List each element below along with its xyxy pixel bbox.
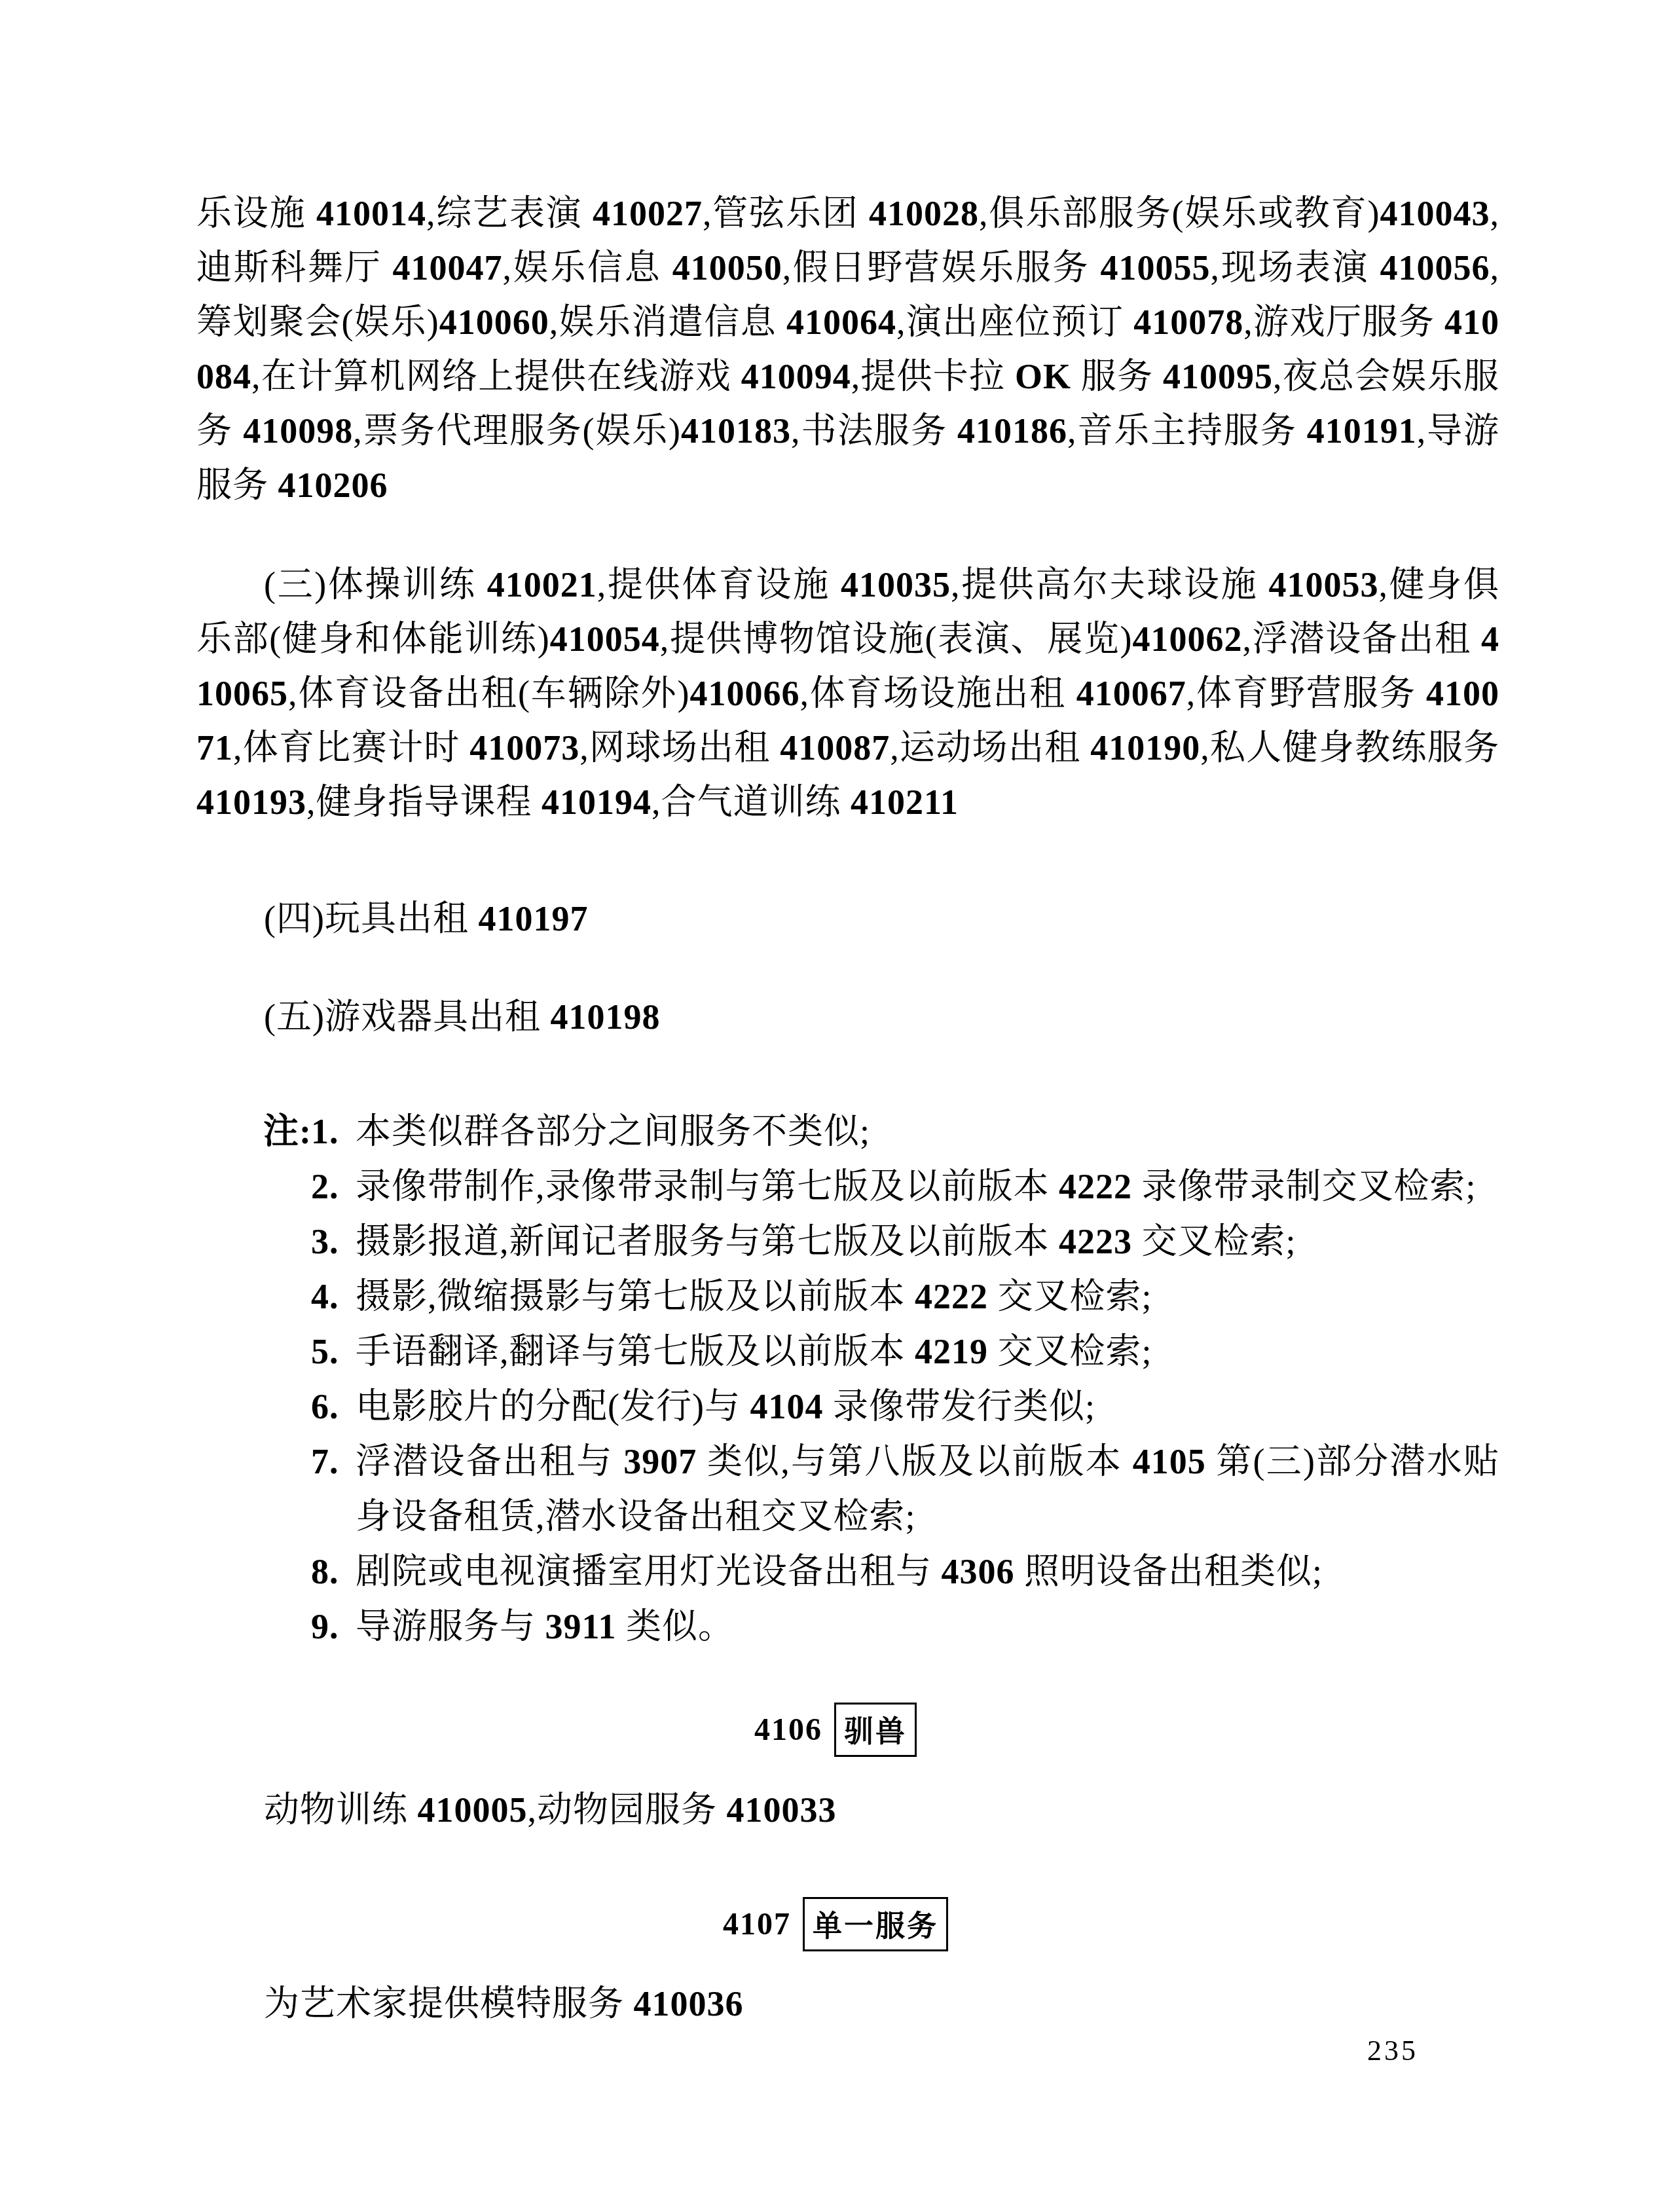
section-title-box: 驯兽: [834, 1703, 917, 1757]
note-number: 2.: [311, 1159, 339, 1214]
entries-4107: 为艺术家提供模特服务 410036: [196, 1977, 1499, 2031]
page-number: 235: [1367, 2034, 1418, 2067]
note-item-9: 9. 导游服务与 3911 类似。: [196, 1599, 1499, 1654]
note-text: 剧院或电视演播室用灯光设备出租与 4306 照明设备出租类似;: [356, 1552, 1323, 1591]
section-heading-4106: 4106 驯兽: [0, 1703, 1671, 1757]
continuation-paragraph: 乐设施 410014,综艺表演 410027,管弦乐团 410028,俱乐部服务…: [196, 187, 1499, 513]
note-number: 4.: [311, 1269, 339, 1324]
note-number: 5.: [311, 1324, 339, 1379]
note-text: 摄影,微缩摄影与第七版及以前版本 4222 交叉检索;: [356, 1277, 1152, 1316]
paragraph-section-4: (四)玩具出租 410197: [196, 892, 1499, 946]
note-item-1: 注: 1. 本类似群各部分之间服务不类似;: [196, 1104, 1499, 1159]
note-text: 手语翻译,翻译与第七版及以前版本 4219 交叉检索;: [356, 1332, 1152, 1371]
note-text: 录像带制作,录像带录制与第七版及以前版本 4222 录像带录制交叉检索;: [356, 1167, 1477, 1206]
note-item-5: 5. 手语翻译,翻译与第七版及以前版本 4219 交叉检索;: [196, 1324, 1499, 1379]
paragraph-section-3: (三)体操训练 410021,提供体育设施 410035,提供高尔夫球设施 41…: [196, 558, 1499, 830]
section-code: 4106: [754, 1712, 822, 1748]
note-item-4: 4. 摄影,微缩摄影与第七版及以前版本 4222 交叉检索;: [196, 1269, 1499, 1324]
note-item-2: 2. 录像带制作,录像带录制与第七版及以前版本 4222 录像带录制交叉检索;: [196, 1159, 1499, 1214]
note-text: 电影胶片的分配(发行)与 4104 录像带发行类似;: [356, 1387, 1095, 1426]
section-heading-4107: 4107 单一服务: [0, 1897, 1671, 1951]
notes-list: 注: 1. 本类似群各部分之间服务不类似; 2. 录像带制作,录像带录制与第七版…: [196, 1104, 1499, 1654]
note-item-8: 8. 剧院或电视演播室用灯光设备出租与 4306 照明设备出租类似;: [196, 1544, 1499, 1599]
document-page: 乐设施 410014,综艺表演 410027,管弦乐团 410028,俱乐部服务…: [0, 0, 1671, 2212]
note-text: 摄影报道,新闻记者服务与第七版及以前版本 4223 交叉检索;: [356, 1222, 1296, 1261]
section-code: 4107: [723, 1906, 791, 1942]
note-item-7: 7. 浮潜设备出租与 3907 类似,与第八版及以前版本 4105 第(三)部分…: [196, 1434, 1499, 1544]
note-text: 浮潜设备出租与 3907 类似,与第八版及以前版本 4105 第(三)部分潜水贴…: [356, 1442, 1499, 1536]
note-text: 导游服务与 3911 类似。: [356, 1607, 734, 1646]
note-number: 3.: [311, 1214, 339, 1269]
note-number: 8.: [311, 1544, 339, 1599]
note-number: 7.: [311, 1434, 339, 1489]
entries-4106: 动物训练 410005,动物园服务 410033: [196, 1783, 1499, 1837]
paragraph-section-5: (五)游戏器具出租 410198: [196, 990, 1499, 1044]
note-item-3: 3. 摄影报道,新闻记者服务与第七版及以前版本 4223 交叉检索;: [196, 1214, 1499, 1269]
note-number: 1.: [311, 1104, 339, 1159]
section-title-box: 单一服务: [803, 1897, 948, 1951]
note-number: 9.: [311, 1599, 339, 1654]
note-item-6: 6. 电影胶片的分配(发行)与 4104 录像带发行类似;: [196, 1379, 1499, 1434]
notes-label: 注:: [263, 1104, 312, 1159]
note-text: 本类似群各部分之间服务不类似;: [356, 1112, 870, 1151]
note-number: 6.: [311, 1379, 339, 1434]
